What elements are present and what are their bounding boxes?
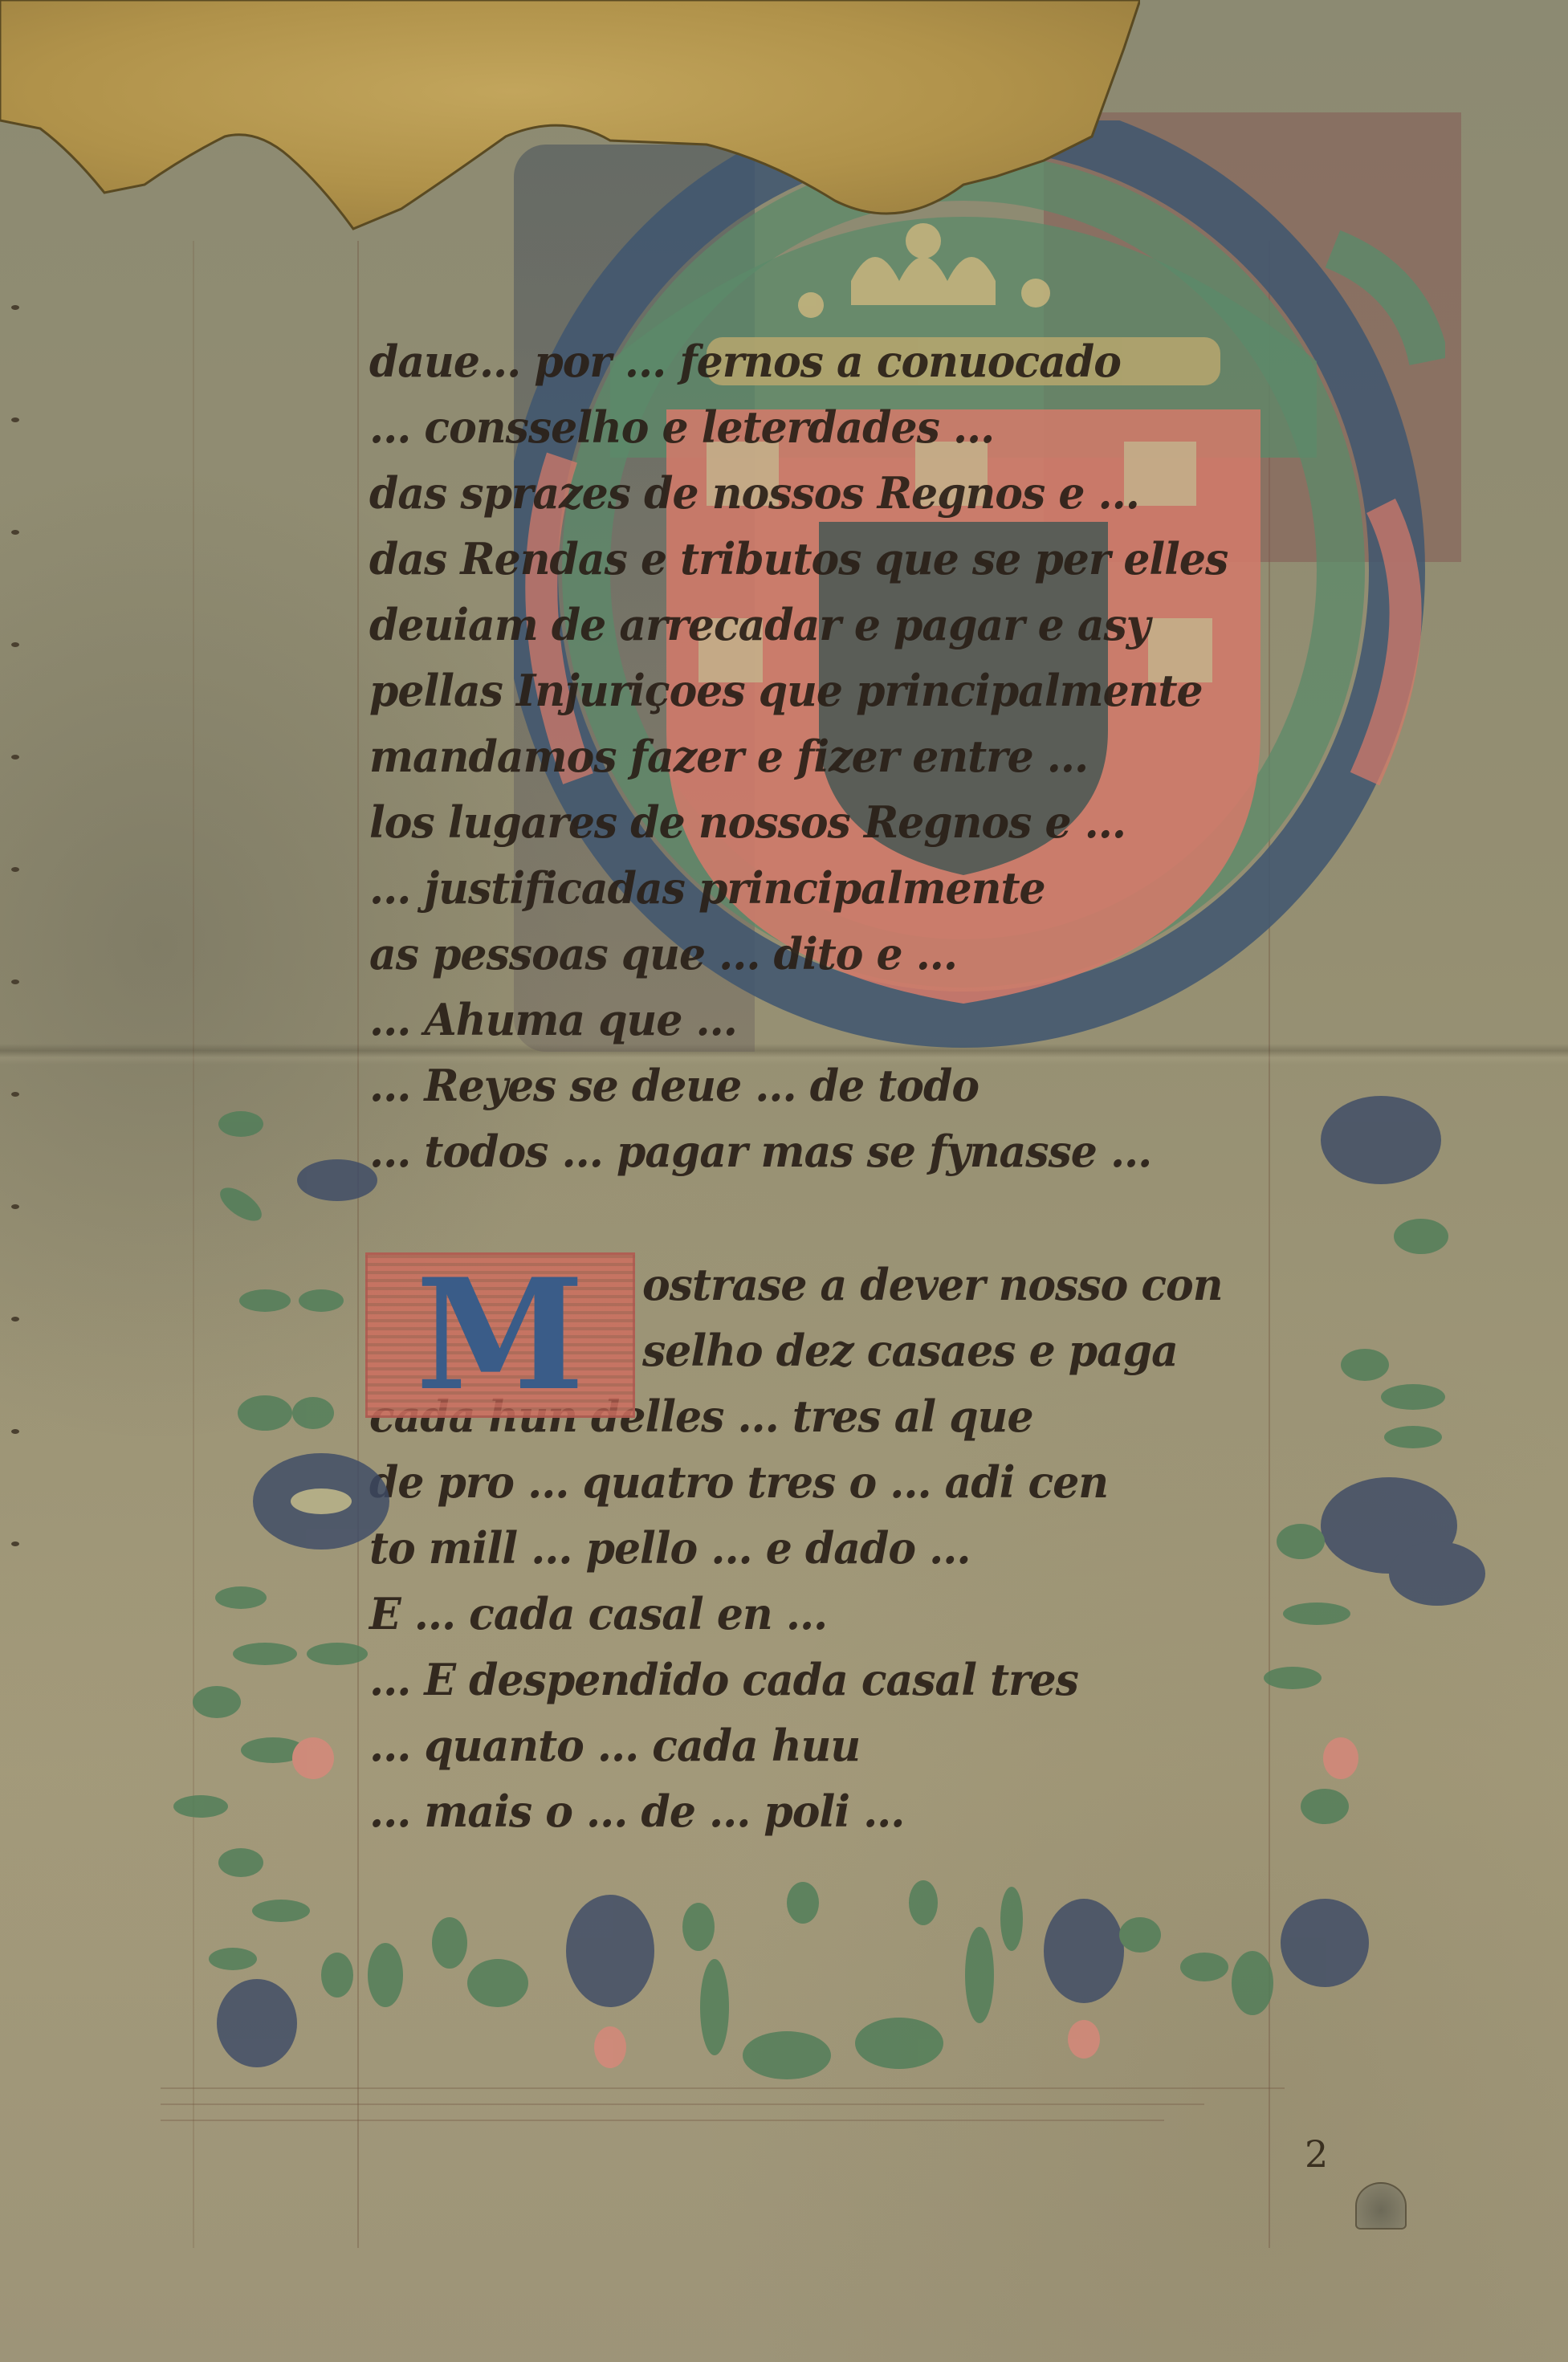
large-initial-with-coat-of-arms <box>514 120 1445 1060</box>
ruling-line-left <box>357 241 359 2248</box>
text-line: ... todos ... pagar mas se fynasse ... <box>369 1126 1151 1177</box>
text-line: das sprazes de nossos Regnos e ... <box>369 467 1139 519</box>
text-line: pellas Injuriçoes que principalmente <box>369 665 1203 716</box>
text-line: as pessoas que ... dito e ... <box>369 928 957 979</box>
ruling-line-bottom-3 <box>161 2120 1164 2121</box>
text-line: ... Ahuma que ... <box>369 994 737 1045</box>
parchment-tear <box>1355 2182 1407 2230</box>
text-line: to mill ... pello ... e dado ... <box>369 1522 970 1574</box>
small-initial-letter: M <box>384 1255 617 1415</box>
text-line: selho dez casaes e paga <box>642 1325 1178 1376</box>
text-line: los lugares de nossos Regnos e ... <box>369 796 1126 848</box>
text-line: E ... cada casal en ... <box>369 1588 827 1639</box>
ruling-line-bottom-2 <box>161 2103 1204 2105</box>
text-line: ... mais o ... de ... poli ... <box>369 1786 904 1837</box>
text-line: ... quanto ... cada huu <box>369 1720 860 1771</box>
parchment-repair-patch <box>0 0 1140 241</box>
text-line: daue... por ... fernos a conuocado <box>369 336 1121 387</box>
text-line: ... justificadas principalmente <box>369 862 1045 914</box>
binding-holes <box>11 305 24 1670</box>
ruling-line-bottom-1 <box>161 2087 1285 2089</box>
ruling-line-margin <box>193 241 194 2248</box>
text-line: ... E despendido cada casal tres <box>369 1654 1078 1705</box>
text-line: das Rendas e tributos que se per elles <box>369 533 1228 584</box>
text-line: ... Reyes se deue ... de todo <box>369 1060 979 1111</box>
text-line: ... consselho e leterdades ... <box>369 401 994 453</box>
signature-mark: 2 <box>1305 2136 1328 2173</box>
text-line: ostrase a dever nosso con <box>642 1259 1223 1310</box>
text-line: de pro ... quatro tres o ... adi cen <box>369 1456 1108 1508</box>
text-line: deuiam de arrecadar e pagar e asy <box>369 599 1150 650</box>
small-initial-box: M <box>365 1252 635 1418</box>
text-line: mandamos fazer e fizer entre ... <box>369 731 1088 782</box>
